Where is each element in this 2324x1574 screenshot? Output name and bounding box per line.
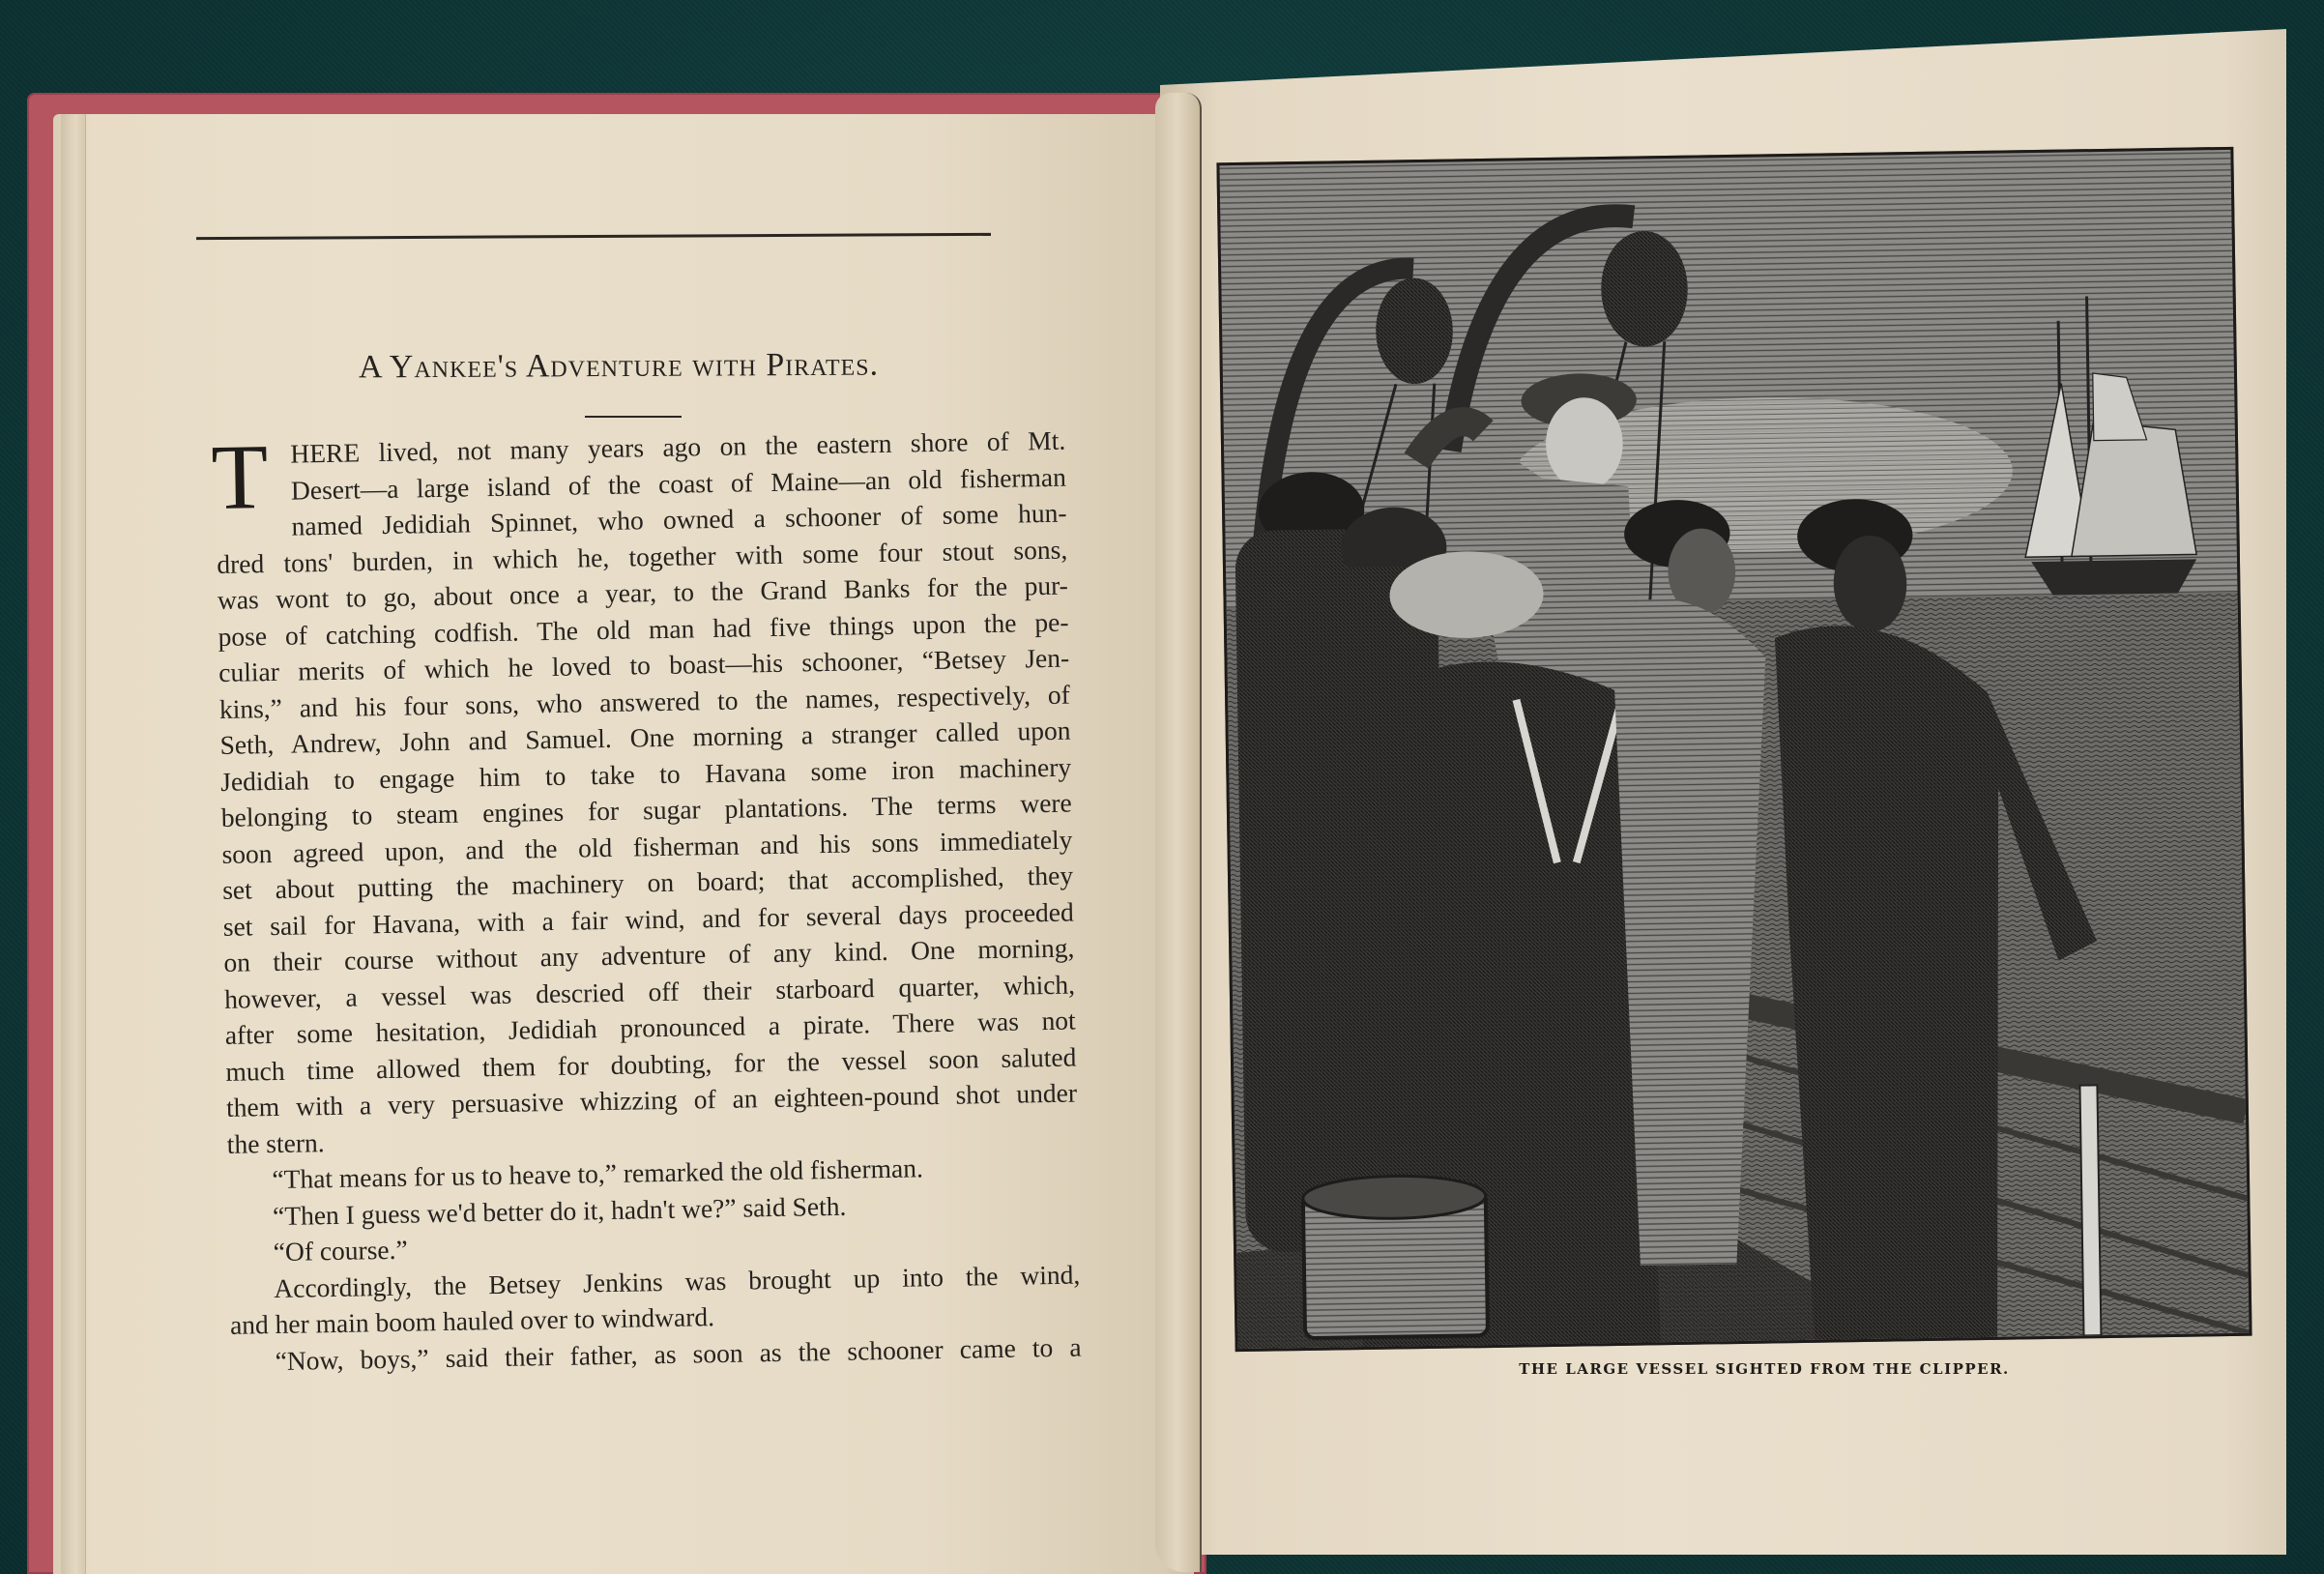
engraving-illustration: [1216, 147, 2251, 1352]
left-page-fold: [61, 114, 86, 1574]
title-underline-rule: [585, 416, 682, 418]
drop-cap: T: [211, 438, 269, 516]
illustration-caption: THE LARGE VESSEL SIGHTED FROM THE CLIPPE…: [1266, 1360, 2262, 1378]
chapter-title: A Yankee's Adventure with Pirates.: [251, 346, 986, 387]
ship-deck-engraving-icon: [1219, 150, 2249, 1349]
page-gutter: [1155, 93, 1202, 1572]
chapter-body-text: T HERE lived, not many years ago on the …: [215, 423, 1082, 1380]
